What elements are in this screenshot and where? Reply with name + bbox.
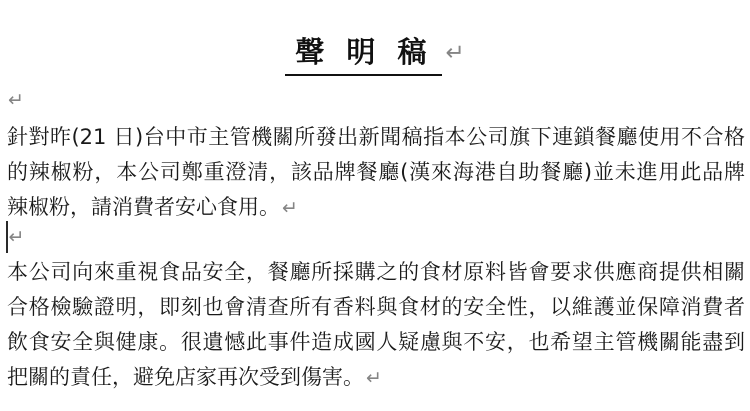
paragraph-mark-icon: ↵	[445, 40, 464, 66]
paragraph-2[interactable]: 本公司向來重視食品安全，餐廳所採購之的食材原料皆會要求供應商提供相關 合格檢驗證…	[7, 255, 745, 396]
text-line[interactable]: 飲食安全與健康。很遺憾此事件造成國人疑慮與不安，也希望主管機關能盡到	[7, 325, 745, 360]
empty-paragraph[interactable]: ↵	[8, 90, 24, 111]
paragraph-mark-icon: ↵	[9, 226, 25, 248]
text-line[interactable]: 把關的責任，避免店家再次受到傷害。↵	[7, 360, 745, 396]
text-line[interactable]: 合格檢驗證明，即刻也會清查所有香料與食材的安全性，以維護並保障消費者	[7, 290, 745, 325]
text-line[interactable]: 的辣椒粉，本公司鄭重澄清，該品牌餐廳(漢來海港自助餐廳)並未進用此品牌	[7, 155, 745, 190]
text-line[interactable]: 本公司向來重視食品安全，餐廳所採購之的食材原料皆會要求供應商提供相關	[7, 255, 745, 290]
title-paragraph[interactable]: 聲 明 稿↵	[0, 30, 750, 76]
text-line[interactable]: 辣椒粉，請消費者安心食用。↵	[7, 190, 745, 226]
paragraph-mark-icon: ↵	[366, 367, 382, 389]
paragraph-mark-icon: ↵	[282, 197, 298, 219]
cursor-paragraph[interactable]: ↵	[6, 220, 24, 255]
document-page[interactable]: 聲 明 稿↵ ↵ 針對昨(21 日)台中市主管機關所發出新聞稿指本公司旗下連鎖餐…	[0, 0, 750, 411]
text-line-content[interactable]: 把關的責任，避免店家再次受到傷害。	[7, 365, 364, 389]
paragraph-mark-icon: ↵	[8, 89, 24, 111]
text-line[interactable]: 針對昨(21 日)台中市主管機關所發出新聞稿指本公司旗下連鎖餐廳使用不合格	[7, 120, 745, 155]
text-line-content[interactable]: 辣椒粉，請消費者安心食用。	[7, 195, 280, 219]
text-cursor	[6, 221, 8, 253]
document-title[interactable]: 聲 明 稿	[285, 30, 442, 76]
paragraph-1[interactable]: 針對昨(21 日)台中市主管機關所發出新聞稿指本公司旗下連鎖餐廳使用不合格 的辣…	[7, 120, 745, 226]
